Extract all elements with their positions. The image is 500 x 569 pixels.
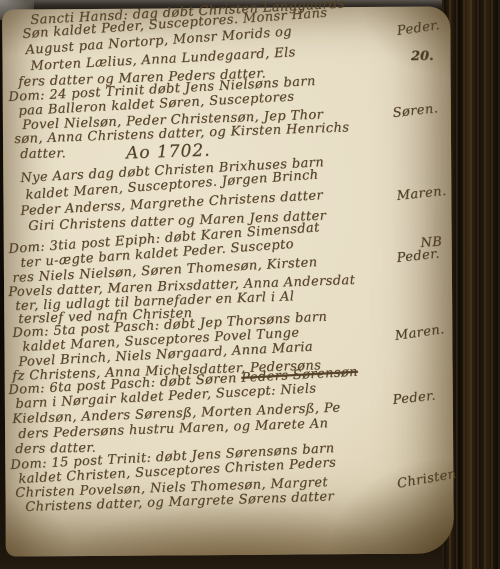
margin-note: Peder. xyxy=(396,246,441,265)
margin-note: Peder. xyxy=(396,18,441,39)
margin-note: Peder. xyxy=(392,388,437,407)
handwritten-entries: Sancti Hansd: dag døbt Christen Langgaar… xyxy=(0,0,500,569)
margin-note: Søren. xyxy=(392,101,439,121)
margin-note: Maren. xyxy=(394,322,445,344)
margin-note: Maren. xyxy=(396,184,447,204)
page-number: 20. xyxy=(411,49,434,64)
photographed-register-page: Sancti Hansd: dag døbt Christen Langgaar… xyxy=(0,0,500,569)
year-heading: Ao 1702. xyxy=(126,141,211,164)
manuscript-line: datter. xyxy=(20,146,66,162)
margin-note: Christen xyxy=(396,467,458,492)
